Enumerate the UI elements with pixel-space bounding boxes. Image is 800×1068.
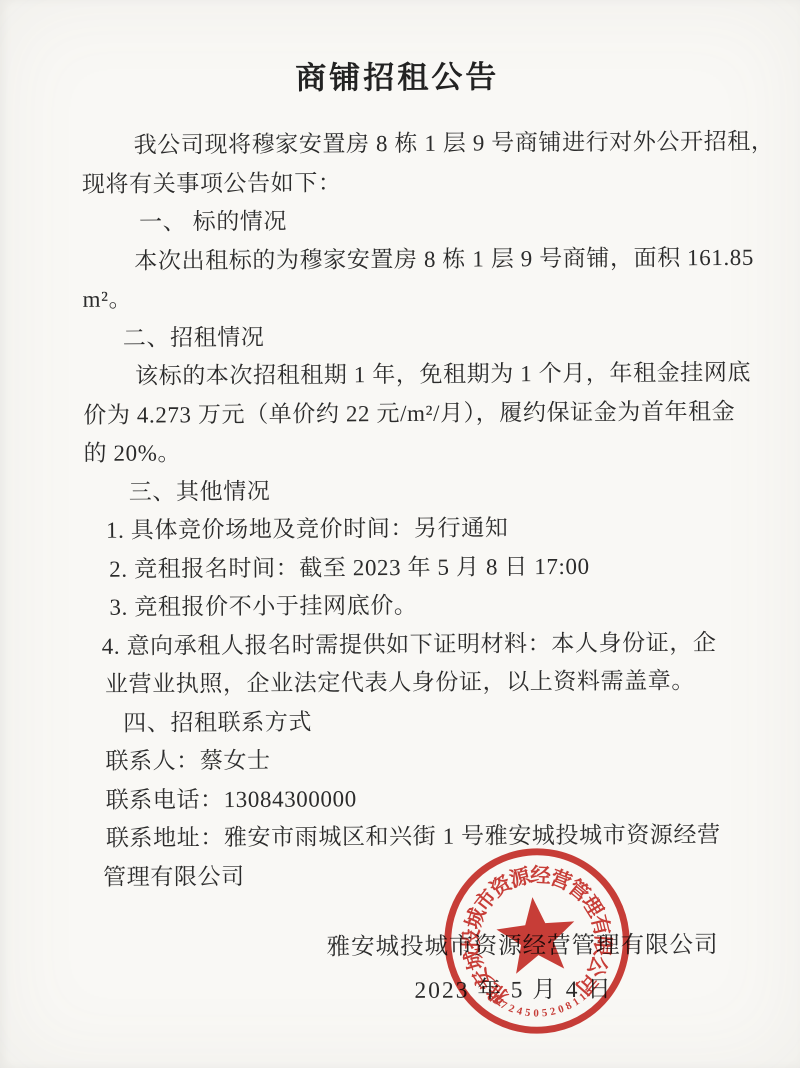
document-content: 商铺招租公告 我公司现将穆家安置房 8 栋 1 层 9 号商铺进行对外公开招租，…	[81, 38, 719, 1015]
signature-company: 雅安城投城市资源经营管理有限公司	[86, 923, 718, 971]
signature-block: 雅安城投城市资源经营管理有限公司 2023 年 5 月 4 日	[86, 923, 719, 1015]
body-line: m²。	[82, 277, 714, 319]
contact-address-line: 联系地址：雅安市雨城区和兴街 1 号雅安城投城市资源经营	[106, 816, 718, 858]
list-item: 1. 具体竞价场地及竞价时间：另行通知	[106, 508, 716, 550]
section-heading: 二、招租情况	[123, 316, 715, 358]
list-item-continuation: 业营业执照，企业法定代表人身份证，以上资料需盖章。	[105, 662, 717, 704]
scanned-announcement-page: 商铺招租公告 我公司现将穆家安置房 8 栋 1 层 9 号商铺进行对外公开招租，…	[0, 0, 800, 1068]
body-line: 价为 4.273 万元（单价约 22 元/m²/月），履约保证金为首年租金	[83, 393, 715, 435]
list-item: 2. 竞租报名时间：截至 2023 年 5 月 8 日 17:00	[109, 547, 716, 589]
contact-phone-line: 联系电话：13084300000	[106, 778, 718, 820]
signature-date: 2023 年 5 月 4 日	[87, 967, 719, 1015]
list-item: 4. 意向承租人报名时需提供如下证明材料：本人身份证，企	[102, 624, 717, 666]
body-line: 现将有关事项公告如下：	[82, 162, 714, 204]
section-heading: 四、招租联系方式	[123, 701, 717, 743]
section-heading: 三、其他情况	[129, 470, 716, 512]
body-line: 的 20%。	[83, 431, 715, 473]
section-heading: 一、 标的情况	[139, 200, 714, 242]
contact-person-line: 联系人：蔡女士	[105, 739, 717, 781]
list-item: 3. 竞租报价不小于挂网底价。	[109, 585, 716, 627]
page-title: 商铺招租公告	[81, 50, 713, 99]
body-line: 该标的本次招租租期 1 年，免租期为 1 个月，年租金挂网底	[135, 354, 715, 396]
body-line: 我公司现将穆家安置房 8 栋 1 层 9 号商铺进行对外公开招租，	[134, 123, 714, 165]
body-line: 本次出租标的为穆家安置房 8 栋 1 层 9 号商铺，面积 161.85	[134, 239, 714, 281]
contact-address-continuation: 管理有限公司	[103, 855, 718, 897]
